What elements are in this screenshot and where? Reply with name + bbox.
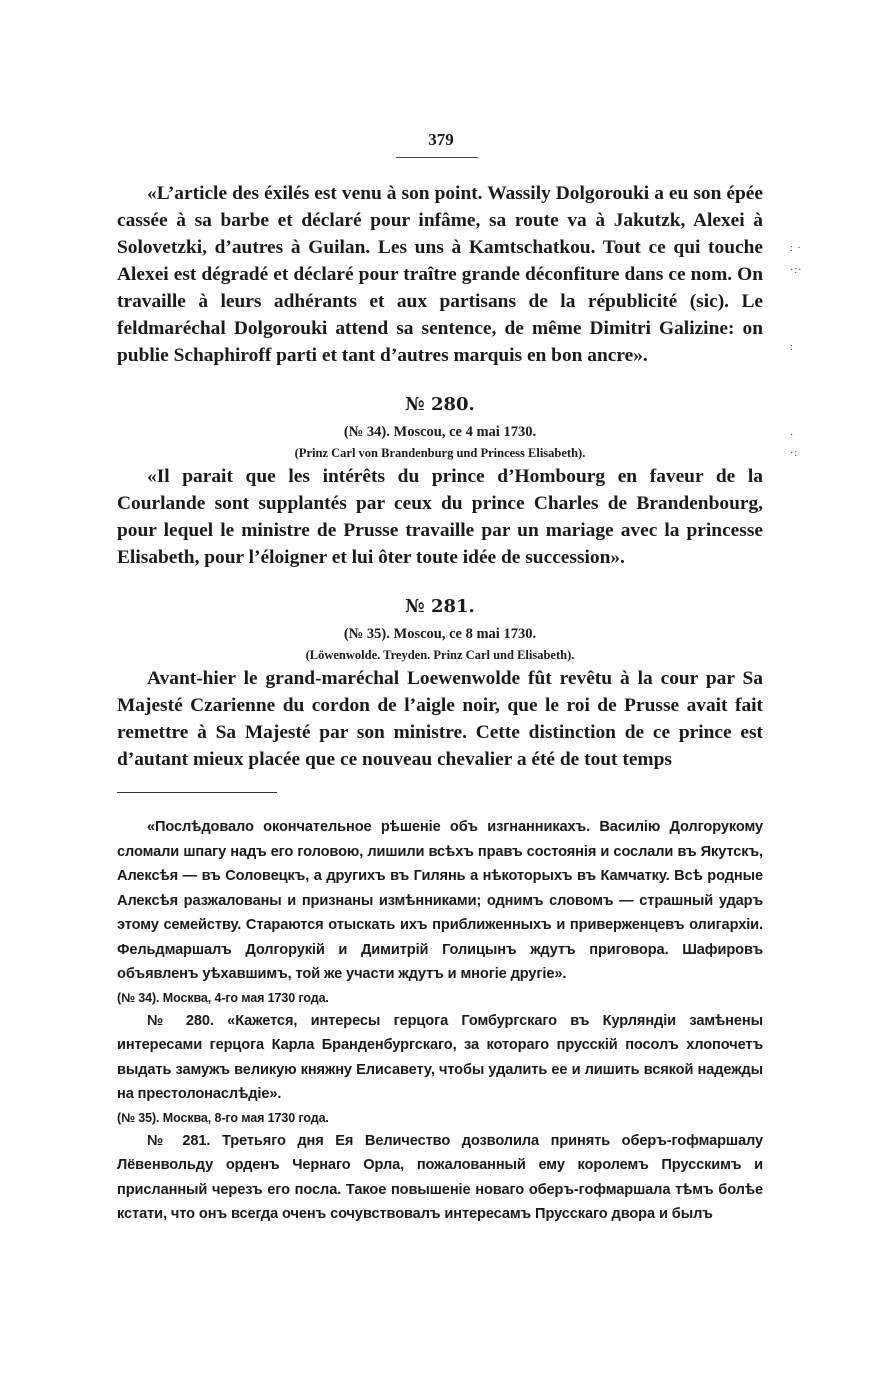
- entry-subject: (Löwenwolde. Treyden. Prinz Carl und Eli…: [117, 645, 763, 665]
- entry-dateline: (№ 35). Moscou, ce 8 mai 1730.: [117, 623, 763, 645]
- footnote-rule: [117, 792, 277, 793]
- page-number-rule: [396, 157, 478, 158]
- page-number: 379: [0, 130, 882, 150]
- entry-subject: (Prinz Carl von Brandenburg und Princess…: [117, 443, 763, 463]
- margin-mark: ·: [790, 430, 794, 441]
- entry-text: «Il parait que les intérêts du prince d’…: [117, 463, 763, 571]
- entry-number: № 280.: [117, 394, 763, 415]
- russian-intro-paragraph: «Послѣдовало окончательное рѣшеніе объ и…: [117, 815, 763, 987]
- margin-mark: : ·: [790, 243, 802, 254]
- french-intro: «L’article des éxilés est venu à son poi…: [117, 180, 763, 369]
- entry-281-fr: № 281. (№ 35). Moscou, ce 8 mai 1730. (L…: [117, 596, 763, 773]
- entry-dateline: (№ 34). Moscou, ce 4 mai 1730.: [117, 421, 763, 443]
- margin-mark: :: [790, 342, 794, 353]
- entry-280-fr: № 280. (№ 34). Moscou, ce 4 mai 1730. (P…: [117, 394, 763, 571]
- russian-dateline-34: (№ 34). Москва, 4-го мая 1730 года.: [117, 987, 763, 1009]
- french-intro-paragraph: «L’article des éxilés est venu à son poi…: [117, 180, 763, 369]
- document-page: 379 «L’article des éxilés est venu à son…: [0, 0, 882, 1393]
- russian-dateline-35: (№ 35). Москва, 8-го мая 1730 года.: [117, 1107, 763, 1129]
- entry-text: Avant-hier le grand-maréchal Loewenwolde…: [117, 665, 763, 773]
- russian-entry-280: № 280. «Кажется, интересы герцога Гомбур…: [117, 1009, 763, 1107]
- russian-entry-281: № 281. Третьяго дня Ея Величество дозвол…: [117, 1129, 763, 1227]
- entry-number: № 281.: [117, 596, 763, 617]
- margin-mark: ·:·: [790, 265, 802, 276]
- russian-translation: «Послѣдовало окончательное рѣшеніе объ и…: [117, 815, 763, 1227]
- margin-mark: ·:: [790, 448, 798, 459]
